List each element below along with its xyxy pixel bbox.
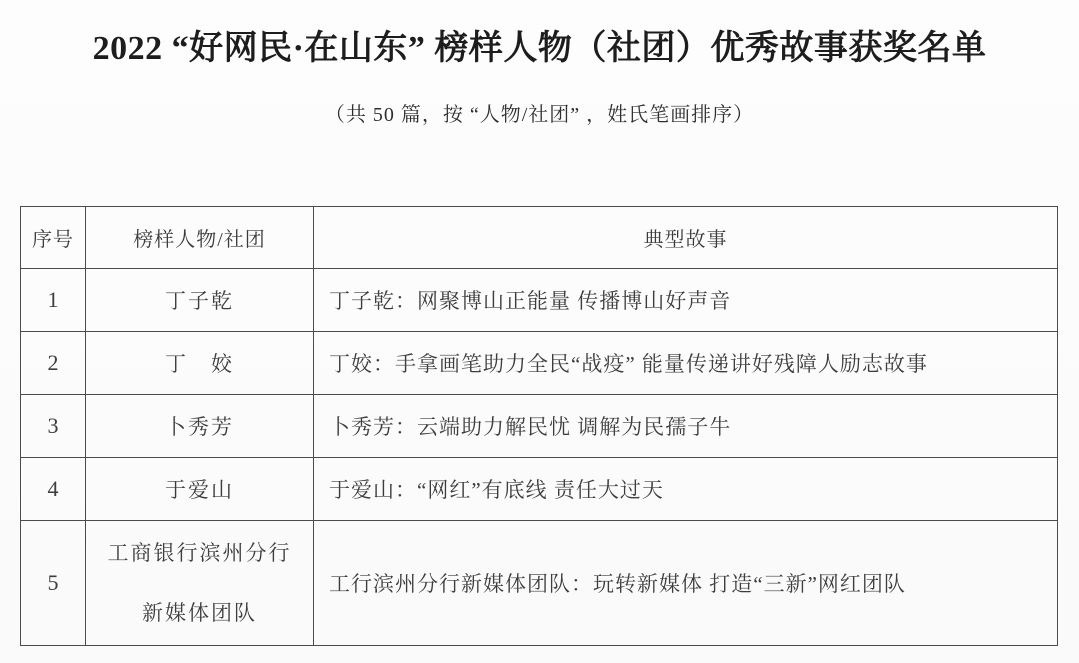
row-name-line: 新媒体团队 <box>86 597 313 627</box>
row-name: 卜秀芳 <box>86 395 314 458</box>
row-name: 工商银行滨州分行 新媒体团队 <box>86 521 314 646</box>
row-index: 3 <box>21 395 86 458</box>
table-row: 2 丁 姣 丁姣：手拿画笔助力全民“战疫” 能量传递讲好残障人励志故事 <box>21 332 1058 395</box>
row-story: 工行滨州分行新媒体团队：玩转新媒体 打造“三新”网红团队 <box>314 521 1058 646</box>
row-name: 丁子乾 <box>86 269 314 332</box>
col-header-story: 典型故事 <box>314 207 1058 269</box>
table-row: 4 于爱山 于爱山：“网红”有底线 责任大过天 <box>21 458 1058 521</box>
table-header-row: 序号 榜样人物/社团 典型故事 <box>21 207 1058 269</box>
table-row: 1 丁子乾 丁子乾：网聚博山正能量 传播博山好声音 <box>21 269 1058 332</box>
row-index: 5 <box>21 521 86 646</box>
row-index: 1 <box>21 269 86 332</box>
row-story: 卜秀芳：云端助力解民忧 调解为民孺子牛 <box>314 395 1058 458</box>
awards-table: 序号 榜样人物/社团 典型故事 1 丁子乾 丁子乾：网聚博山正能量 传播博山好声… <box>20 206 1058 646</box>
table-row: 5 工商银行滨州分行 新媒体团队 工行滨州分行新媒体团队：玩转新媒体 打造“三新… <box>21 521 1058 646</box>
row-index: 2 <box>21 332 86 395</box>
row-name-line: 工商银行滨州分行 <box>86 537 313 567</box>
row-story: 丁子乾：网聚博山正能量 传播博山好声音 <box>314 269 1058 332</box>
row-name: 丁 姣 <box>86 332 314 395</box>
document-title: 2022 “好网民·在山东” 榜样人物（社团）优秀故事获奖名单 <box>0 0 1079 71</box>
document-page: 2022 “好网民·在山东” 榜样人物（社团）优秀故事获奖名单 （共 50 篇，… <box>0 0 1079 663</box>
row-story: 于爱山：“网红”有底线 责任大过天 <box>314 458 1058 521</box>
row-index: 4 <box>21 458 86 521</box>
table-row: 3 卜秀芳 卜秀芳：云端助力解民忧 调解为民孺子牛 <box>21 395 1058 458</box>
row-story: 丁姣：手拿画笔助力全民“战疫” 能量传递讲好残障人励志故事 <box>314 332 1058 395</box>
document-subtitle: （共 50 篇，按 “人物/社团” ，姓氏笔画排序） <box>0 71 1079 127</box>
col-header-index: 序号 <box>21 207 86 269</box>
col-header-name: 榜样人物/社团 <box>86 207 314 269</box>
row-name-multiline: 工商银行滨州分行 新媒体团队 <box>86 521 313 645</box>
row-name: 于爱山 <box>86 458 314 521</box>
